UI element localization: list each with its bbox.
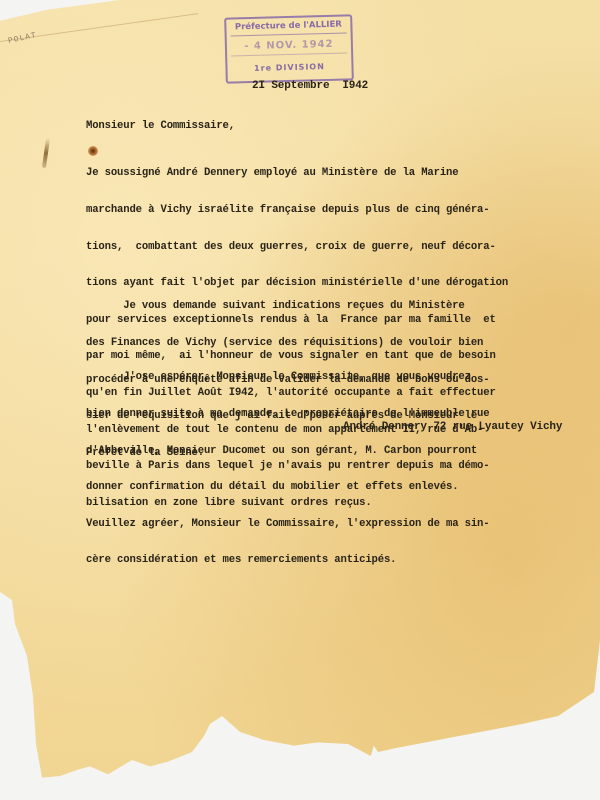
line: bien donner suite à ma demande. Le propr… [86, 408, 489, 420]
stamp-prefecture: Préfecture de l'ALLIER [230, 19, 346, 36]
pin-mark [42, 138, 50, 168]
line: cère considération et mes remerciements … [86, 554, 489, 566]
letter-paper: POLAT Préfecture de l'ALLIER - 4 NOV. 19… [0, 0, 600, 800]
line: Je vous demande suivant indications reçu… [86, 300, 489, 312]
line: Veuillez agréer, Monsieur le Commissaire… [86, 518, 489, 530]
signature-line: André Dennery 72 rue Lyautey Vichy [343, 421, 562, 433]
prefecture-stamp: Préfecture de l'ALLIER - 4 NOV. 1942 1re… [224, 14, 354, 83]
line: tions, combattant des deux guerres, croi… [86, 241, 508, 253]
line: marchande à Vichy israélite française de… [86, 204, 508, 216]
stamp-division: 1re DIVISION [231, 61, 347, 73]
line: d'Abbeville, Monsieur Ducomet ou son gér… [86, 445, 489, 457]
edge-label: POLAT [7, 31, 37, 46]
letter-date: 2I Septembre I942 [252, 80, 368, 92]
salutation: Monsieur le Commissaire, [86, 120, 235, 132]
line: Je soussigné André Dennery employé au Mi… [86, 167, 508, 179]
stamp-date: - 4 NOV. 1942 [231, 38, 347, 56]
paragraph-3: J'ose espérer, Monsieur le Commissaite, … [86, 347, 489, 591]
line: J'ose espérer, Monsieur le Commissaite, … [86, 371, 489, 383]
line: donner confirmation du détail du mobilie… [86, 481, 489, 493]
